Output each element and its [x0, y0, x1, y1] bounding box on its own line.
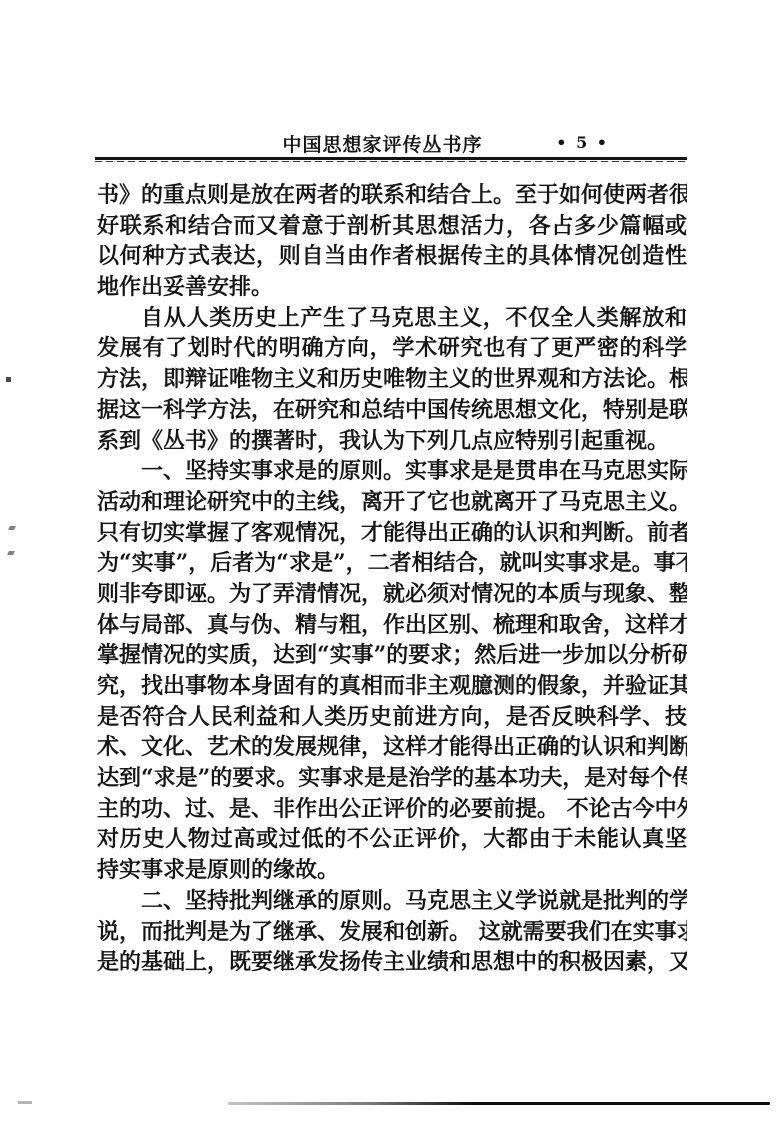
text-line: 则非夸即诬。为了弄清情况，就必须对情况的本质与现象、整	[97, 579, 687, 610]
text-line: 书》的重点则是放在两者的联系和结合上。至于如何使两者很	[97, 180, 687, 211]
text-line: 一、坚持实事求是的原则。实事求是是贯串在马克思实际	[97, 456, 687, 487]
scanned-book-page: 中国思想家评传丛书序 • 5 • 书》的重点则是放在两者的联系和结合上。至于如何…	[0, 0, 777, 1122]
header-rule	[95, 157, 687, 163]
text-line: 地作出妥善安排。	[97, 272, 687, 303]
text-line: 对历史人物过高或过低的不公正评价，大都由于未能认真坚	[97, 824, 687, 855]
text-line: 以何种方式表达，则自当由作者根据传主的具体情况创造性	[97, 241, 687, 272]
text-line: 好联系和结合而又着意于剖析其思想活力，各占多少篇幅或	[97, 211, 687, 242]
text-line: 达到“求是”的要求。实事求是是治学的基本功夫，是对每个传	[97, 763, 687, 794]
text-line: 发展有了划时代的明确方向，学术研究也有了更严密的科学	[97, 333, 687, 364]
scan-speck	[8, 526, 16, 530]
text-line: 只有切实掌握了客观情况，才能得出正确的认识和判断。前者	[97, 518, 687, 549]
text-line: 说，而批判是为了继承、发展和创新。 这就需要我们在实事求	[97, 917, 687, 948]
body-text: 书》的重点则是放在两者的联系和结合上。至于如何使两者很好联系和结合而又着意于剖析…	[97, 180, 687, 978]
text-line: 体与局部、真与伪、精与粗，作出区别、梳理和取舍，这样才能	[97, 610, 687, 641]
text-line: 持实事求是原则的缘故。	[97, 855, 687, 886]
text-line: 据这一科学方法，在研究和总结中国传统思想文化，特别是联	[97, 395, 687, 426]
text-line: 自从人类历史上产生了马克思主义，不仅全人类解放和	[97, 303, 687, 334]
header-rule-thin	[95, 161, 687, 162]
page-number: • 5 •	[556, 133, 609, 152]
text-line: 是否符合人民利益和人类历史前进方向，是否反映科学、技	[97, 702, 687, 733]
text-line: 为“实事”，后者为“求是”，二者相结合，就叫实事求是。事不实	[97, 548, 687, 579]
text-line: 掌握情况的实质，达到“实事”的要求；然后进一步加以分析研	[97, 640, 687, 671]
text-line: 术、文化、艺术的发展规律，这样才能得出正确的认识和判断，	[97, 732, 687, 763]
text-line: 方法，即辩证唯物主义和历史唯物主义的世界观和方法论。根	[97, 364, 687, 395]
text-line: 系到《丛书》的撰著时，我认为下列几点应特别引起重视。	[97, 426, 687, 457]
text-line: 活动和理论研究中的主线，离开了它也就离开了马克思主义。	[97, 487, 687, 518]
text-line: 是的基础上，既要继承发扬传主业绩和思想中的积极因素，又	[97, 947, 687, 978]
text-line: 二、坚持批判继承的原则。马克思主义学说就是批判的学	[97, 886, 687, 917]
running-head-title: 中国思想家评传丛书序	[282, 130, 482, 157]
scan-speck	[7, 551, 15, 555]
header-rule-thick	[95, 157, 687, 160]
scan-speck	[6, 377, 11, 382]
text-line: 主的功、过、是、非作出公正评价的必要前提。 不论古今中外，	[97, 794, 687, 825]
scan-speck	[18, 1101, 32, 1104]
text-line: 究，找出事物本身固有的真相而非主观臆测的假象，并验证其	[97, 671, 687, 702]
bottom-scan-artifact-line	[228, 1102, 770, 1105]
